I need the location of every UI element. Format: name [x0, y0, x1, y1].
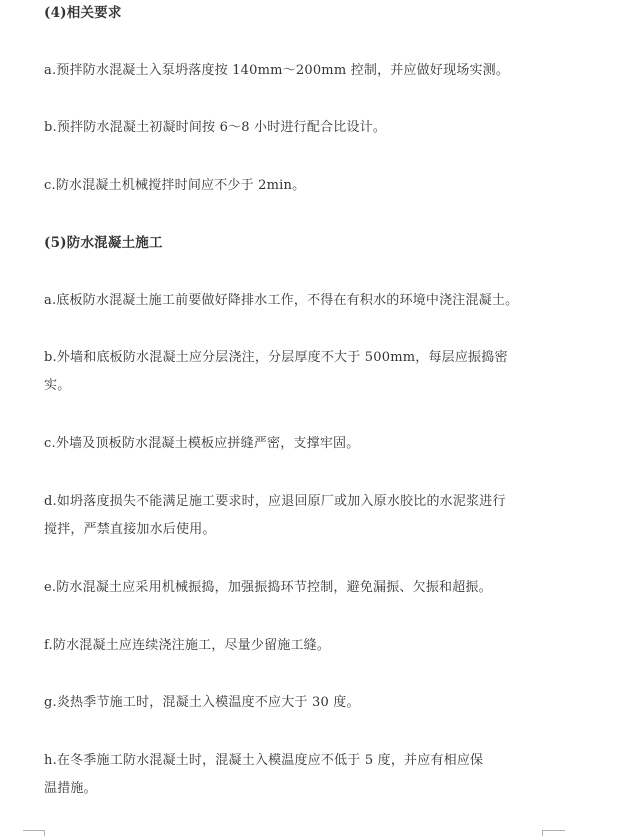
paragraph-4a: a.预拌防水混凝土入泵坍落度按 140mm～200mm 控制，并应做好现场实测。 — [44, 63, 509, 79]
page-corner-mark-left — [23, 830, 45, 836]
paragraph-5e: e.防水混凝土应采用机械振捣，加强振捣环节控制，避免漏振、欠振和超振。 — [44, 580, 492, 596]
paragraph-5a: a.底板防水混凝土施工前要做好降排水工作，不得在有积水的环境中浇注混凝土。 — [44, 293, 518, 309]
paragraph-5b-line1: b.外墙和底板防水混凝土应分层浇注，分层厚度不大于 500mm，每层应振捣密 — [44, 350, 508, 366]
paragraph-4b: b.预拌防水混凝土初凝时间按 6～8 小时进行配合比设计。 — [44, 120, 386, 136]
document-page: (4)相关要求 a.预拌防水混凝土入泵坍落度按 140mm～200mm 控制，并… — [0, 0, 617, 836]
paragraph-5h-line1: h.在冬季施工防水混凝土时，混凝土入模温度应不低于 5 度，并应有相应保 — [44, 753, 483, 769]
paragraph-4c: c.防水混凝土机械搅拌时间应不少于 2min。 — [44, 178, 305, 194]
section-heading-5: (5)防水混凝土施工 — [44, 235, 163, 251]
paragraph-5c: c.外墙及顶板防水混凝土模板应拼缝严密，支撑牢固。 — [44, 436, 359, 452]
page-corner-mark-right — [542, 830, 565, 836]
paragraph-5h-line2: 温措施。 — [44, 781, 97, 797]
paragraph-5f: f.防水混凝土应连续浇注施工，尽量少留施工缝。 — [44, 638, 330, 654]
paragraph-5b-line2: 实。 — [44, 378, 70, 394]
section-heading-4: (4)相关要求 — [44, 5, 122, 21]
paragraph-5d-line2: 搅拌，严禁直接加水后使用。 — [44, 522, 216, 538]
paragraph-5d-line1: d.如坍落度损失不能满足施工要求时，应退回原厂或加入原水胶比的水泥浆进行 — [44, 494, 506, 510]
paragraph-5g: g.炎热季节施工时，混凝土入模温度不应大于 30 度。 — [44, 695, 360, 711]
